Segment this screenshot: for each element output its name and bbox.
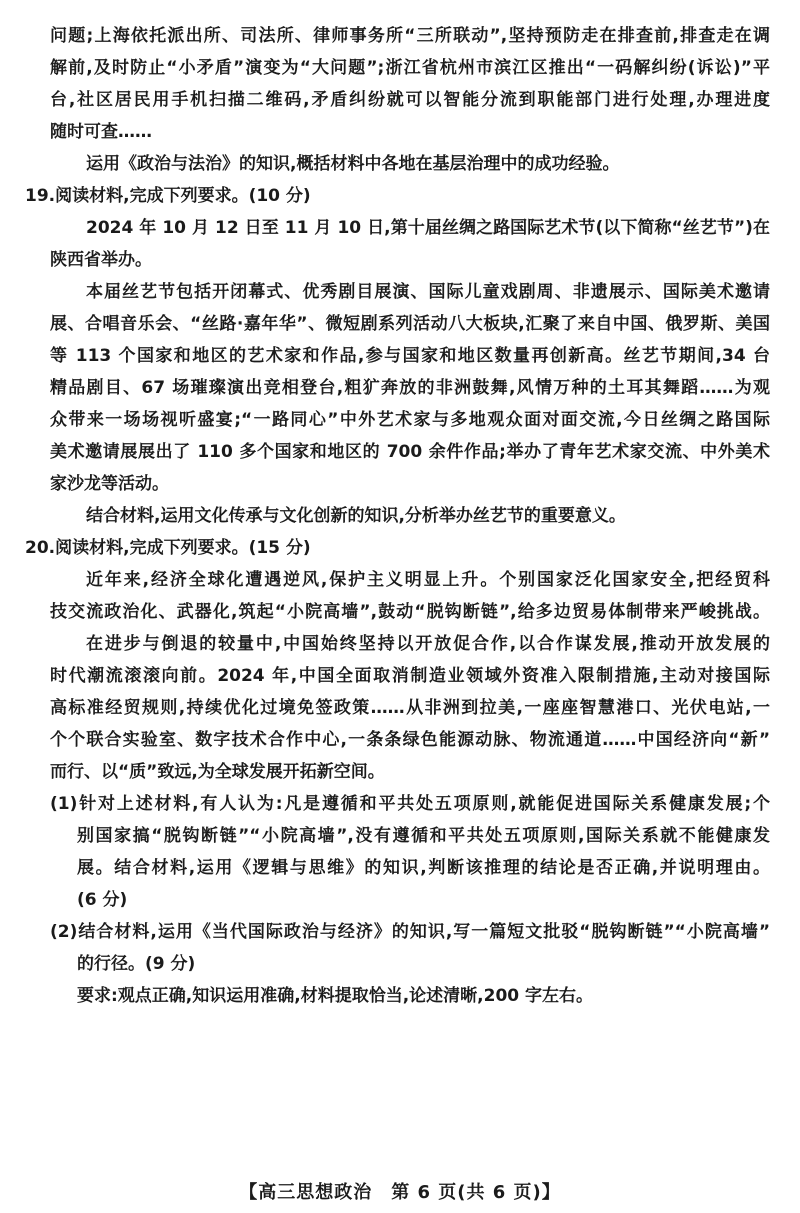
question-20-part1-line-1: (1)针对上述材料,有人认为:凡是遵循和平共处五项原则,就能促进国际关系健康发展… xyxy=(50,788,770,820)
question-20-material-line-6: 个个联合实验室、数字技术合作中心,一条条绿色能源动脉、物流通道……中国经济向“新… xyxy=(50,724,770,756)
question-19-material-line-2: 陕西省举办。 xyxy=(50,244,770,276)
question-20-material-line-5: 高标准经贸规则,持续优化过境免签政策……从非洲到拉美,一座座智慧港口、光伏电站,… xyxy=(50,692,770,724)
prev-question-task-line: 运用《政治与法治》的知识,概括材料中各地在基层治理中的成功经验。 xyxy=(50,148,770,180)
prev-question-material-line-2: 解前,及时防止“小矛盾”演变为“大问题”;浙江省杭州市滨江区推出“一码解纠纷(诉… xyxy=(50,52,770,84)
question-20-part1-line-2: 别国家搞“脱钩断链”“小院高墙”,没有遵循和平共处五项原则,国际关系就不能健康发 xyxy=(77,820,770,852)
question-19-material-line-3: 本届丝艺节包括开闭幕式、优秀剧目展演、国际儿童戏剧周、非遗展示、国际美术邀请 xyxy=(50,276,770,308)
question-19-heading: 19.阅读材料,完成下列要求。(10 分) xyxy=(25,180,775,212)
question-20-material-line-2: 技交流政治化、武器化,筑起“小院高墙”,鼓动“脱钩断链”,给多边贸易体制带来严峻… xyxy=(50,596,770,628)
question-20-part1-line-4: (6 分) xyxy=(77,884,770,916)
prev-question-material-line-3: 台,社区居民用手机扫描二维码,矛盾纠纷就可以智能分流到职能部门进行处理,办理进度 xyxy=(50,84,770,116)
question-20-part1-line-3: 展。结合材料,运用《逻辑与思维》的知识,判断该推理的结论是否正确,并说明理由。 xyxy=(77,852,770,884)
prev-question-material-line-1: 问题;上海依托派出所、司法所、律师事务所“三所联动”,坚持预防走在排查前,排查走… xyxy=(50,20,770,52)
question-20-heading: 20.阅读材料,完成下列要求。(15 分) xyxy=(25,532,775,564)
question-19-task-line: 结合材料,运用文化传承与文化创新的知识,分析举办丝艺节的重要意义。 xyxy=(50,500,770,532)
question-19-material-line-4: 展、合唱音乐会、“丝路·嘉年华”、微短剧系列活动八大板块,汇聚了来自中国、俄罗斯… xyxy=(50,308,770,340)
question-20-material-line-7: 而行、以“质”致远,为全球发展开拓新空间。 xyxy=(50,756,770,788)
question-20-part2-line-1: (2)结合材料,运用《当代国际政治与经济》的知识,写一篇短文批驳“脱钩断链”“小… xyxy=(50,916,770,948)
question-20-material-line-4: 时代潮流滚滚向前。2024 年,中国全面取消制造业领域外资准入限制措施,主动对接… xyxy=(50,660,770,692)
question-20-part2-line-2: 的行径。(9 分) xyxy=(77,948,770,980)
exam-text-block: 问题;上海依托派出所、司法所、律师事务所“三所联动”,坚持预防走在排查前,排查走… xyxy=(0,20,800,1012)
question-20-material-line-1: 近年来,经济全球化遭遇逆风,保护主义明显上升。个别国家泛化国家安全,把经贸科 xyxy=(50,564,770,596)
question-19-material-line-5: 等 113 个国家和地区的艺术家和作品,参与国家和地区数量再创新高。丝艺节期间,… xyxy=(50,340,770,372)
question-19-material-line-1: 2024 年 10 月 12 日至 11 月 10 日,第十届丝绸之路国际艺术节… xyxy=(50,212,770,244)
question-19-material-line-6: 精品剧目、67 场璀璨演出竞相登台,粗犷奔放的非洲鼓舞,风情万种的土耳其舞蹈……… xyxy=(50,372,770,404)
question-20-requirements-line: 要求:观点正确,知识运用准确,材料提取恰当,论述清晰,200 字左右。 xyxy=(77,980,770,1012)
question-19-material-line-9: 家沙龙等活动。 xyxy=(50,468,770,500)
page-footer: 【高三思想政治 第 6 页(共 6 页)】 xyxy=(0,1178,800,1204)
prev-question-material-line-4: 随时可查…… xyxy=(50,116,770,148)
question-19-material-line-8: 美术邀请展展出了 110 多个国家和地区的 700 余件作品;举办了青年艺术家交… xyxy=(50,436,770,468)
question-19-material-line-7: 众带来一场场视听盛宴;“一路同心”中外艺术家与多地观众面对面交流,今日丝绸之路国… xyxy=(50,404,770,436)
exam-paper-page: 问题;上海依托派出所、司法所、律师事务所“三所联动”,坚持预防走在排查前,排查走… xyxy=(0,0,800,1213)
question-20-material-line-3: 在进步与倒退的较量中,中国始终坚持以开放促合作,以合作谋发展,推动开放发展的 xyxy=(50,628,770,660)
